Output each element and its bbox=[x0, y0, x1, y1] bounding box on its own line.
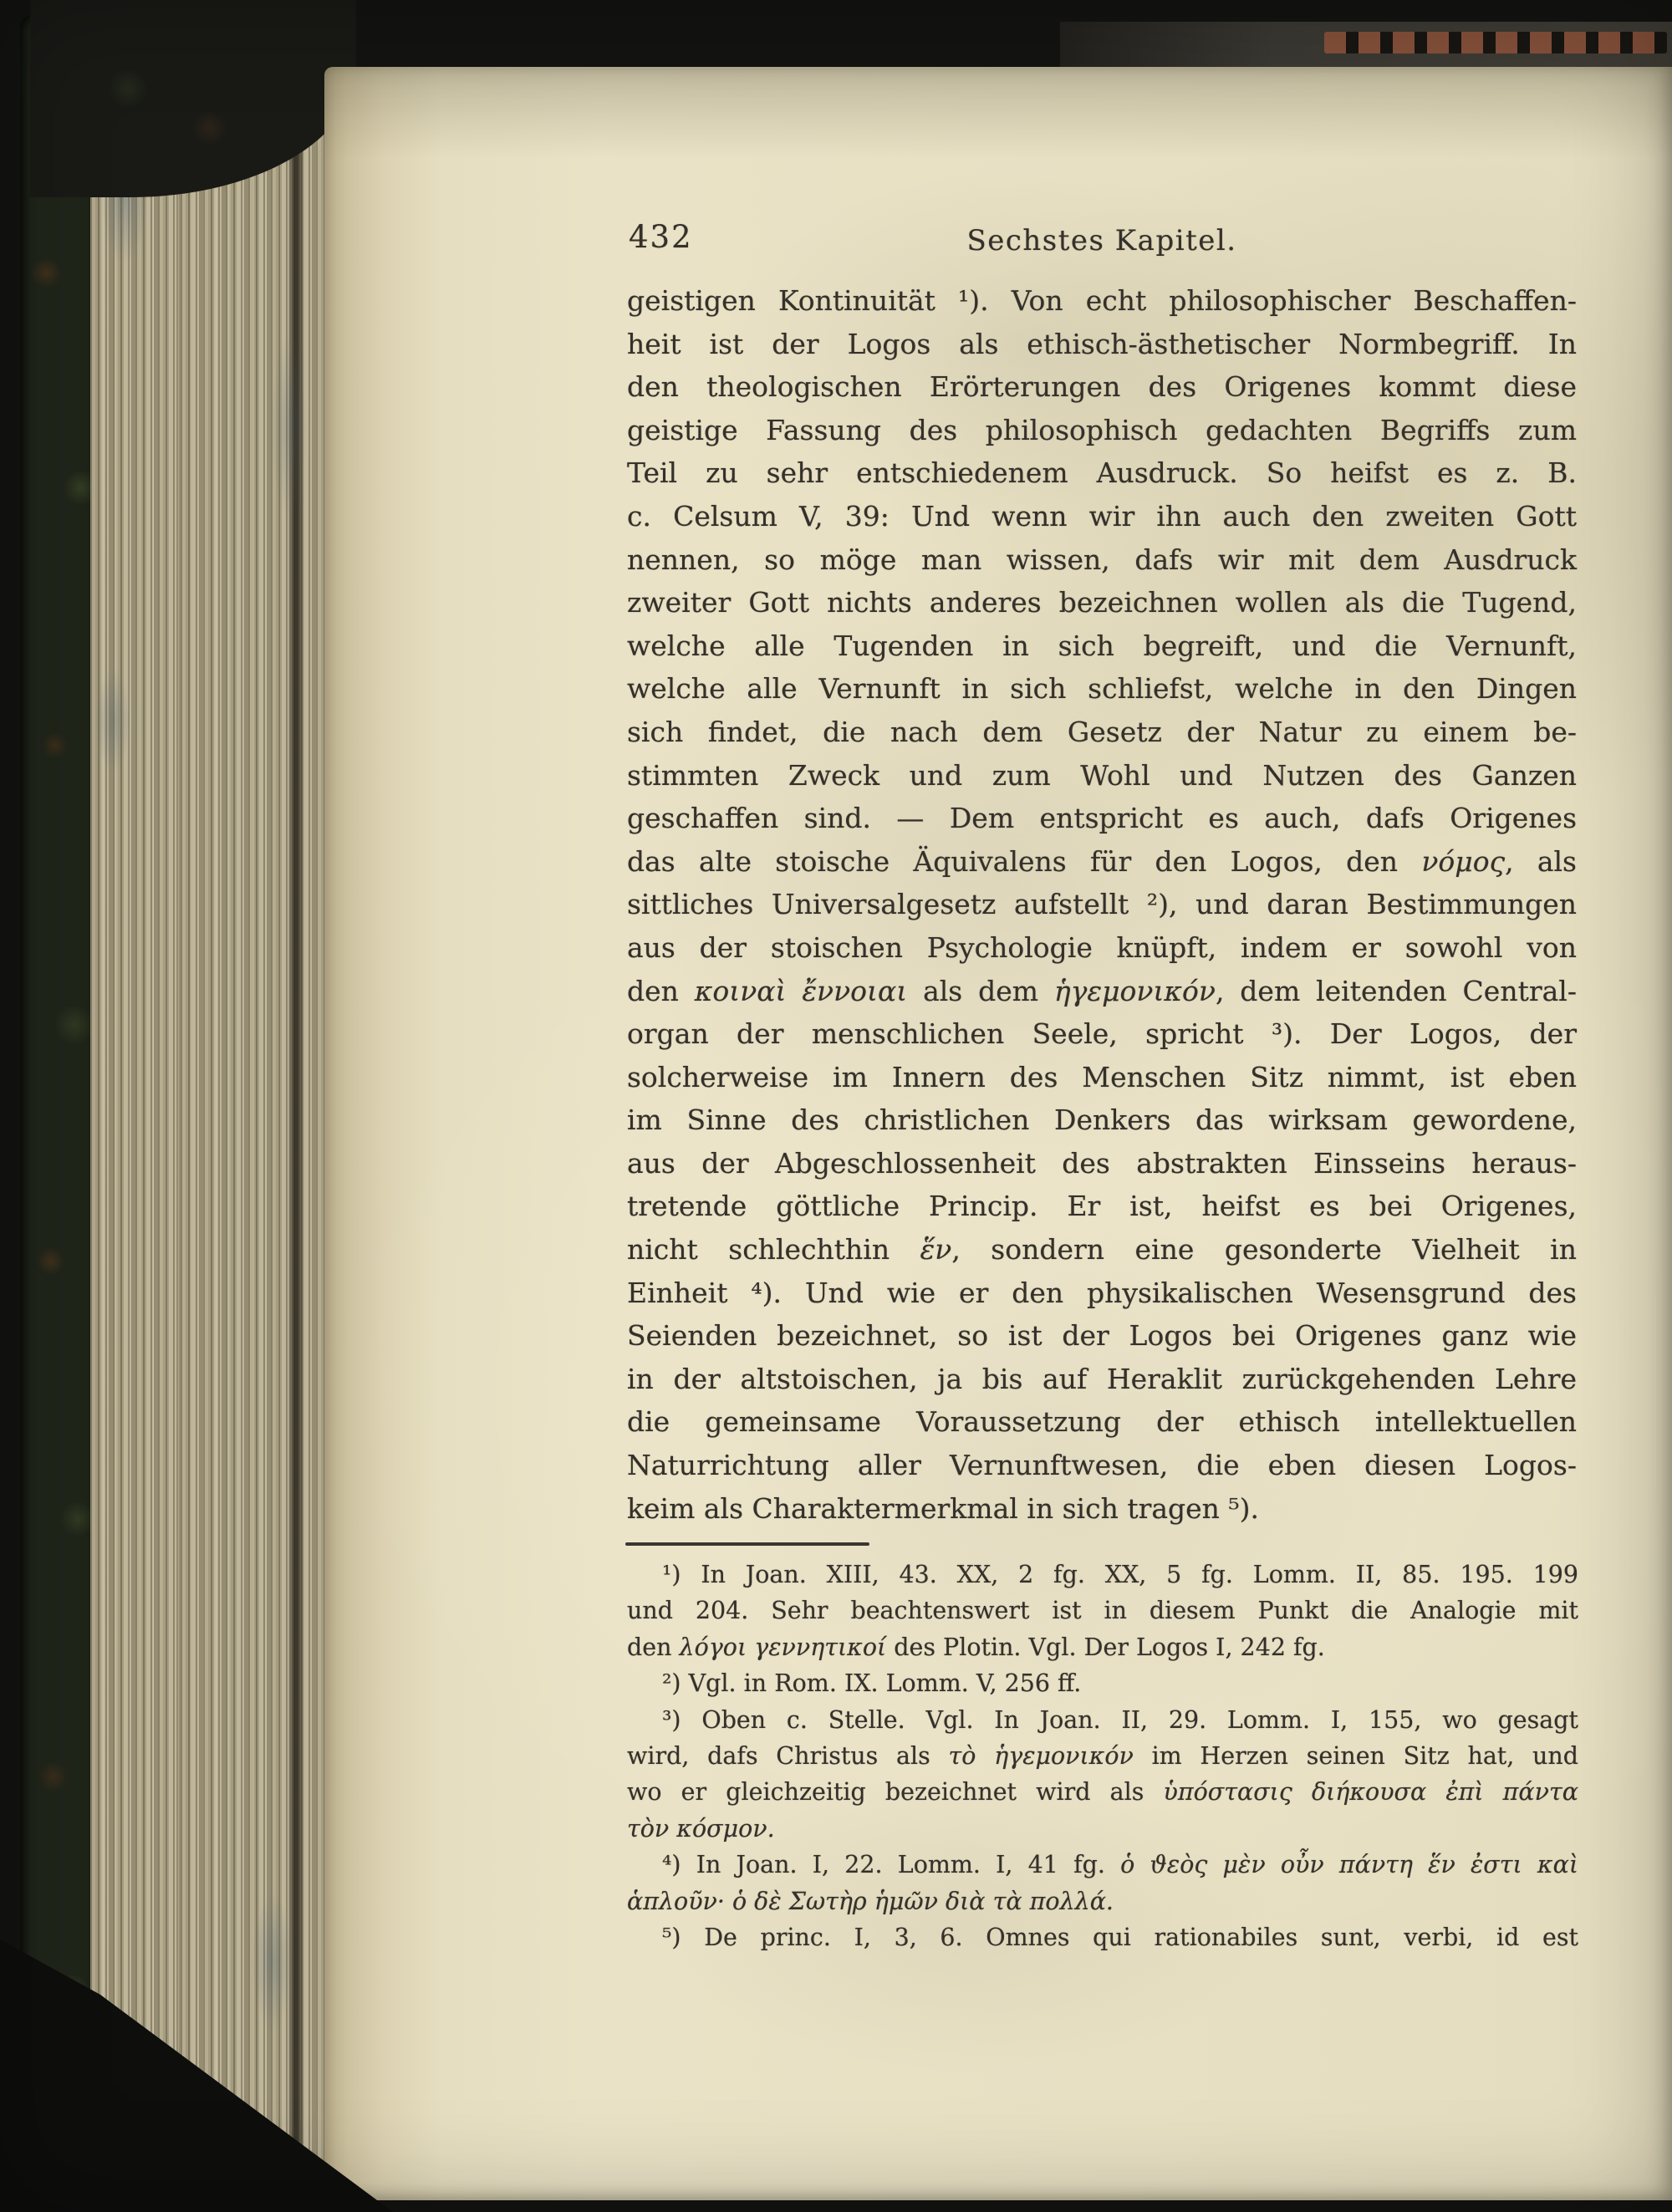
text-line: ¹) In Joan. XIII, 43. XX, 2 fg. XX, 5 fg… bbox=[627, 1557, 1578, 1593]
text-line: tretende göttliche Princip. Er ist, heif… bbox=[627, 1185, 1577, 1228]
text-line: c. Celsum V, 39: Und wenn wir ihn auch d… bbox=[627, 495, 1577, 538]
text-line: wird, dafs Christus als τὸ ἡγεμονικόν im… bbox=[627, 1738, 1578, 1774]
text-line: Teil zu sehr entschiedenem Ausdruck. So … bbox=[627, 451, 1577, 495]
text-line: ἁπλοῦν· ὁ δὲ Σωτὴρ ἡμῶν διὰ τὰ πολλά. bbox=[627, 1883, 1578, 1919]
text-line: ⁴) In Joan. I, 22. Lomm. I, 41 fg. ὁ ϑεὸ… bbox=[627, 1847, 1578, 1883]
text-line: geschaffen sind. — Dem entspricht es auc… bbox=[627, 797, 1577, 840]
text-line: aus der Abgeschlossenheit des abstrakten… bbox=[627, 1142, 1577, 1185]
text-line: Einheit ⁴). Und wie er den physikalische… bbox=[627, 1272, 1577, 1315]
footnotes: ¹) In Joan. XIII, 43. XX, 2 fg. XX, 5 fg… bbox=[627, 1557, 1578, 1955]
text-line: Naturrichtung aller Vernunftwesen, die e… bbox=[627, 1444, 1577, 1487]
text-line: im Sinne des christlichen Denkers das wi… bbox=[627, 1098, 1577, 1142]
footnote-rule bbox=[625, 1542, 869, 1546]
text-line: geistige Fassung des philosophisch gedac… bbox=[627, 409, 1577, 452]
text-line: solcherweise im Innern des Menschen Sitz… bbox=[627, 1056, 1577, 1099]
text-line: stimmten Zweck und zum Wohl und Nutzen d… bbox=[627, 754, 1577, 798]
text-line: organ der menschlichen Seele, spricht ³)… bbox=[627, 1012, 1577, 1056]
body-text: geistigen Kontinuität ¹). Von echt philo… bbox=[627, 279, 1577, 1530]
text-line: Seienden bezeichnet, so ist der Logos be… bbox=[627, 1314, 1577, 1358]
text-line: keim als Charaktermerkmal in sich tragen… bbox=[627, 1487, 1577, 1531]
text-line: das alte stoische Äquivalens für den Log… bbox=[627, 840, 1577, 884]
text-line: welche alle Vernunft in sich schliefst, … bbox=[627, 667, 1577, 711]
text-line: zweiter Gott nichts anderes bezeichnen w… bbox=[627, 581, 1577, 624]
text-line: und 204. Sehr beachtenswert ist in diese… bbox=[627, 1593, 1578, 1628]
book-scan-photo: { "page": { "page_number": "432", "runni… bbox=[0, 0, 1672, 2212]
text-line: die gemeinsame Voraussetzung der ethisch… bbox=[627, 1400, 1577, 1444]
text-line: den theologischen Erörterungen des Orige… bbox=[627, 365, 1577, 409]
text-line: τὸν κόσμον. bbox=[627, 1811, 1578, 1847]
text-line: den λόγοι γεννητικοί des Plotin. Vgl. De… bbox=[627, 1629, 1578, 1665]
text-line: ⁵) De princ. I, 3, 6. Omnes qui rationab… bbox=[627, 1919, 1578, 1955]
text-line: aus der stoischen Psychologie knüpft, in… bbox=[627, 926, 1577, 970]
facing-page-edge bbox=[1060, 22, 1672, 69]
text-line: in der altstoischen, ja bis auf Heraklit… bbox=[627, 1358, 1577, 1401]
text-line: sittliches Universalgesetz aufstellt ²),… bbox=[627, 883, 1577, 926]
text-line: nicht schlechthin ἕν, sondern eine geson… bbox=[627, 1228, 1577, 1272]
text-line: geistigen Kontinuität ¹). Von echt philo… bbox=[627, 279, 1577, 323]
text-line: heit ist der Logos als ethisch-ästhetisc… bbox=[627, 323, 1577, 366]
text-line: wo er gleichzeitig bezeichnet wird als ὑ… bbox=[627, 1774, 1578, 1810]
text-line: welche alle Tugenden in sich begreift, u… bbox=[627, 624, 1577, 668]
text-line: sich findet, die nach dem Gesetz der Nat… bbox=[627, 711, 1577, 754]
stitching-pattern bbox=[1324, 32, 1667, 54]
text-line: nennen, so möge man wissen, dafs wir mit… bbox=[627, 538, 1577, 582]
running-header: Sechstes Kapitel. bbox=[627, 224, 1577, 257]
text-line: den κοιναὶ ἔννοιαι als dem ἡγεμονικόν, d… bbox=[627, 970, 1577, 1013]
text-line: ³) Oben c. Stelle. Vgl. In Joan. II, 29.… bbox=[627, 1702, 1578, 1738]
text-line: ²) Vgl. in Rom. IX. Lomm. V, 256 ff. bbox=[627, 1665, 1578, 1701]
